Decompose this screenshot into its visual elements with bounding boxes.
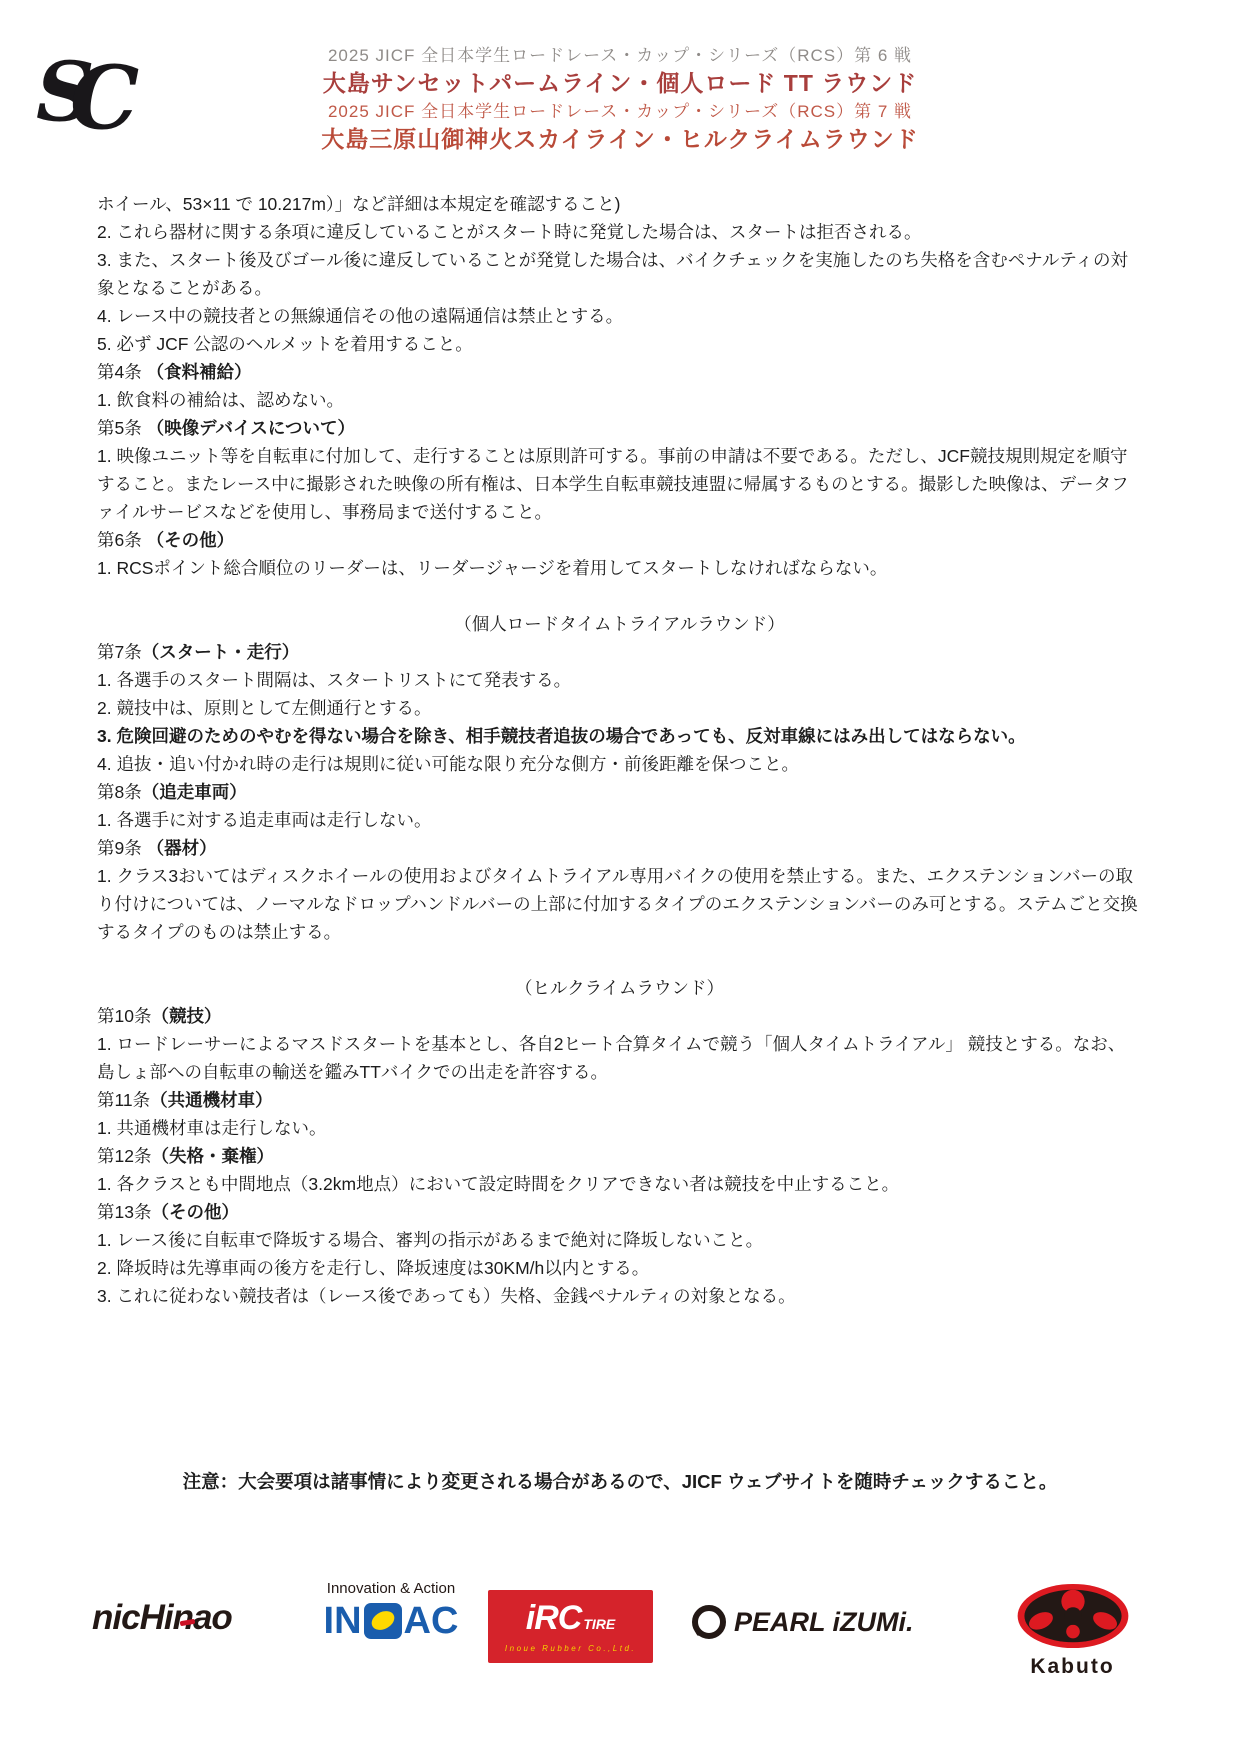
article-heading: 第4条 （食料補給） — [97, 358, 1142, 386]
sponsor-logo-pearl-izumi: PEARL iZUMi. — [688, 1602, 918, 1642]
article-heading: 第8条（追走車両） — [97, 778, 1142, 806]
sponsor-logo-nichinao: nicHinao — [92, 1598, 287, 1648]
series-line-1: 2025 JICF 全日本学生ロードレース・カップ・シリーズ（RCS）第 6 戦 — [120, 42, 1120, 69]
body-paragraph: 2. 降坂時は先導車両の後方を走行し、降坂速度は30KM/h以内とする。 — [97, 1254, 1142, 1282]
article-number: 第5条 — [97, 418, 142, 438]
article-title: （競技） — [151, 1006, 221, 1026]
article-title: （食料補給） — [142, 362, 252, 382]
body-paragraph: 1. RCSポイント総合順位のリーダーは、リーダージャージを着用してスタートしな… — [97, 554, 1142, 582]
body-paragraph: 1. クラス3おいてはディスクホイールの使用およびタイムトライアル専用バイクの使… — [97, 862, 1142, 946]
article-heading: 第13条（その他） — [97, 1198, 1142, 1226]
article-number: 第6条 — [97, 530, 142, 550]
sponsor-logo-inoac: Innovation & Action IN AC — [316, 1580, 466, 1641]
body-paragraph: 3. これに従わない競技者は（レース後であっても）失格、金銭ペナルティの対象とな… — [97, 1282, 1142, 1310]
inoac-o-mark-icon — [364, 1603, 402, 1639]
article-heading: 第11条（共通機材車） — [97, 1086, 1142, 1114]
inoac-letters-in: IN — [324, 1601, 362, 1641]
body-paragraph: 1. ロードレーサーによるマスドスタートを基本とし、各自2ヒート合算タイムで競う… — [97, 1030, 1142, 1086]
irc-letters: iRC — [526, 1599, 582, 1637]
body-paragraph: ホイール、53×11 で 10.217m）」など詳細は本規定を確認すること) — [97, 190, 1142, 218]
nichinao-wordmark: nicHinao — [92, 1598, 232, 1637]
article-title: （その他） — [151, 1202, 239, 1222]
sponsor-row: nicHinao Innovation & Action IN AC iRCTI… — [0, 1570, 1240, 1690]
article-heading: 第7条（スタート・走行） — [97, 638, 1142, 666]
article-title: （スタート・走行） — [142, 642, 300, 662]
body-paragraph: 4. 追抜・追い付かれ時の走行は規則に従い可能な限り充分な側方・前後距離を保つこ… — [97, 750, 1142, 778]
kabuto-wordmark: Kabuto — [1000, 1655, 1145, 1679]
sponsor-logo-kabuto: Kabuto — [1000, 1582, 1145, 1679]
pearl-izumi-p-icon — [688, 1602, 728, 1642]
body-paragraph: 3. また、スタート後及びゴール後に違反していることが発覚した場合は、バイクチェ… — [97, 246, 1142, 302]
document-page: S C 2025 JICF 全日本学生ロードレース・カップ・シリーズ（RCS）第… — [0, 0, 1240, 1754]
document-body: ホイール、53×11 で 10.217m）」など詳細は本規定を確認すること)2.… — [97, 190, 1142, 1310]
section-title: （ヒルクライムラウンド） — [97, 974, 1142, 1002]
article-number: 第8条 — [97, 782, 142, 802]
article-heading: 第12条（失格・棄権） — [97, 1142, 1142, 1170]
series-line-2: 2025 JICF 全日本学生ロードレース・カップ・シリーズ（RCS）第 7 戦 — [120, 98, 1120, 125]
body-paragraph-bold: 3. 危険回避のためのやむを得ない場合を除き、相手競技者追抜の場合であっても、反… — [97, 722, 1142, 750]
article-title: （器材） — [142, 838, 217, 858]
article-heading: 第10条（競技） — [97, 1002, 1142, 1030]
irc-company-line: Inoue Rubber Co.,Ltd. — [505, 1644, 636, 1653]
inoac-yellow-ellipse-icon — [368, 1607, 397, 1633]
event-title-tt-round: 大島サンセットパームライン・個人ロード TT ラウンド — [120, 69, 1120, 98]
article-title: （追走車両） — [142, 782, 247, 802]
document-header: 2025 JICF 全日本学生ロードレース・カップ・シリーズ（RCS）第 6 戦… — [120, 42, 1120, 154]
article-title: （失格・棄権） — [151, 1146, 274, 1166]
kabuto-emblem-icon — [1014, 1582, 1132, 1650]
irc-wordmark: iRCTIRE — [526, 1601, 615, 1642]
body-paragraph: 1. 各選手に対する追走車両は走行しない。 — [97, 806, 1142, 834]
event-title-hillclimb-round: 大島三原山御神火スカイライン・ヒルクライムラウンド — [120, 125, 1120, 154]
body-paragraph: 1. 各選手のスタート間隔は、スタートリストにて発表する。 — [97, 666, 1142, 694]
irc-tire-label: TIRE — [583, 1616, 615, 1632]
article-number: 第12条 — [97, 1146, 151, 1166]
body-paragraph: 1. 共通機材車は走行しない。 — [97, 1114, 1142, 1142]
inoac-tagline: Innovation & Action — [316, 1580, 466, 1597]
body-paragraph: 2. これら器材に関する条項に違反していることがスタート時に発覚した場合は、スタ… — [97, 218, 1142, 246]
body-paragraph: 1. 飲食料の補給は、認めない。 — [97, 386, 1142, 414]
body-paragraph: 5. 必ず JCF 公認のヘルメットを着用すること。 — [97, 330, 1142, 358]
body-paragraph: 2. 競技中は、原則として左側通行とする。 — [97, 694, 1142, 722]
article-number: 第11条 — [97, 1090, 150, 1110]
article-number: 第13条 — [97, 1202, 151, 1222]
pearl-izumi-wordmark: PEARL iZUMi. — [734, 1607, 914, 1638]
article-heading: 第9条 （器材） — [97, 834, 1142, 862]
article-title: （映像デバイスについて） — [142, 418, 355, 438]
inoac-wordmark: IN AC — [316, 1601, 466, 1641]
inoac-letters-ac: AC — [404, 1601, 459, 1641]
body-paragraph: 4. レース中の競技者との無線通信その他の遠隔通信は禁止とする。 — [97, 302, 1142, 330]
article-number: 第7条 — [97, 642, 142, 662]
article-number: 第4条 — [97, 362, 142, 382]
sponsor-logo-irc-tire: iRCTIRE Inoue Rubber Co.,Ltd. — [488, 1590, 653, 1663]
body-paragraph: 1. レース後に自転車で降坂する場合、審判の指示があるまで絶対に降坂しないこと。 — [97, 1226, 1142, 1254]
section-title: （個人ロードタイムトライアルラウンド） — [97, 610, 1142, 638]
article-number: 第9条 — [97, 838, 142, 858]
notice-text: 注意：大会要項は諸事情により変更される場合があるので、JICF ウェブサイトを随… — [120, 1468, 1120, 1496]
article-heading: 第6条 （その他） — [97, 526, 1142, 554]
article-heading: 第5条 （映像デバイスについて） — [97, 414, 1142, 442]
body-paragraph: 1. 各クラスとも中間地点（3.2km地点）において設定時間をクリアできない者は… — [97, 1170, 1142, 1198]
article-number: 第10条 — [97, 1006, 151, 1026]
article-title: （その他） — [142, 530, 234, 550]
body-paragraph: 1. 映像ユニット等を自転車に付加して、走行することは原則許可する。事前の申請は… — [97, 442, 1142, 526]
article-title: （共通機材車） — [150, 1090, 273, 1110]
